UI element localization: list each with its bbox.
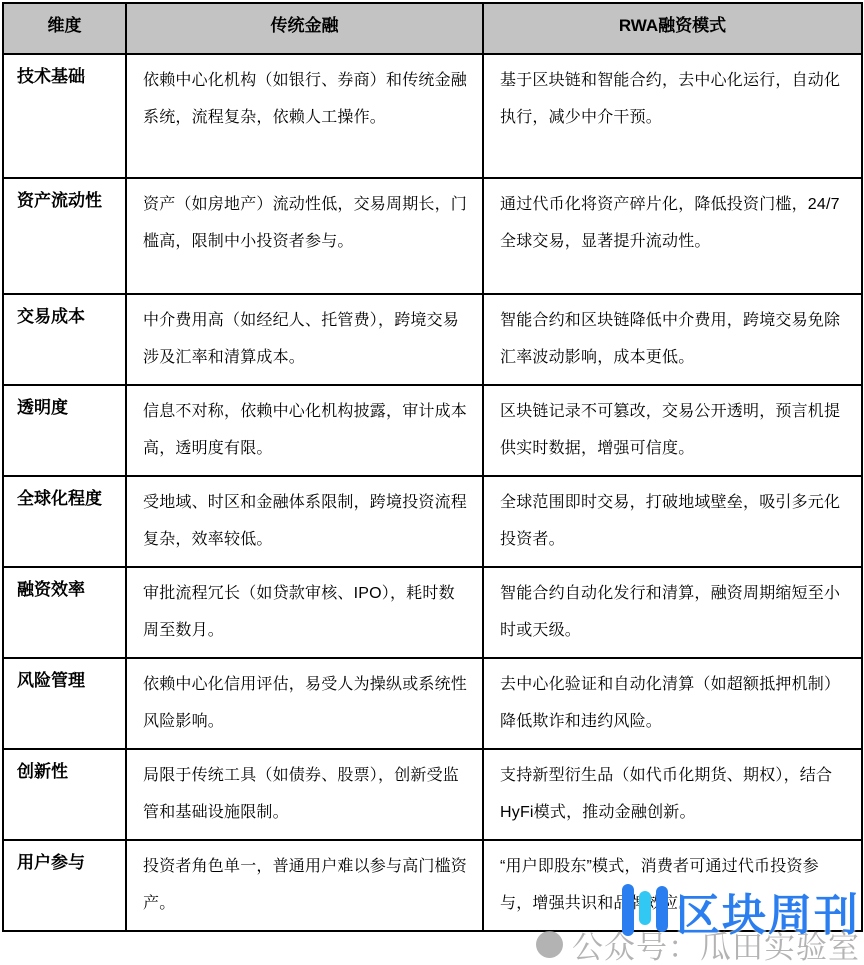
rwa-cell: 智能合约和区块链降低中介费用，跨境交易免除汇率波动影响，成本更低。 <box>483 294 862 385</box>
rwa-cell: 去中心化验证和自动化清算（如超额抵押机制）降低欺诈和违约风险。 <box>483 658 862 749</box>
col-header-rwa-mode: RWA融资模式 <box>483 3 862 54</box>
row-label: 资产流动性 <box>3 178 126 294</box>
row-label: 融资效率 <box>3 567 126 658</box>
traditional-cell: 局限于传统工具（如债券、股票），创新受监管和基础设施限制。 <box>126 749 483 840</box>
table-row: 创新性 局限于传统工具（如债券、股票），创新受监管和基础设施限制。 支持新型衍生… <box>3 749 862 840</box>
table-row: 透明度 信息不对称，依赖中心化机构披露，审计成本高，透明度有限。 区块链记录不可… <box>3 385 862 476</box>
rwa-cell: “用户即股东”模式，消费者可通过代币投资参与，增强共识和品牌效应。 <box>483 840 862 931</box>
table-row: 用户参与 投资者角色单一，普通用户难以参与高门槛资产。 “用户即股东”模式，消费… <box>3 840 862 931</box>
col-header-dimension: 维度 <box>3 3 126 54</box>
traditional-cell: 资产（如房地产）流动性低，交易周期长，门槛高，限制中小投资者参与。 <box>126 178 483 294</box>
rwa-comparison-table: 维度 传统金融 RWA融资模式 技术基础 依赖中心化机构（如银行、券商）和传统金… <box>2 2 863 932</box>
table-row: 资产流动性 资产（如房地产）流动性低，交易周期长，门槛高，限制中小投资者参与。 … <box>3 178 862 294</box>
table-row: 风险管理 依赖中心化信用评估，易受人为操纵或系统性风险影响。 去中心化验证和自动… <box>3 658 862 749</box>
row-label: 风险管理 <box>3 658 126 749</box>
col-header-traditional-finance: 传统金融 <box>126 3 483 54</box>
rwa-cell: 全球范围即时交易，打破地域壁垒，吸引多元化投资者。 <box>483 476 862 567</box>
table-row: 融资效率 审批流程冗长（如贷款审核、IPO），耗时数周至数月。 智能合约自动化发… <box>3 567 862 658</box>
row-label: 全球化程度 <box>3 476 126 567</box>
row-label: 创新性 <box>3 749 126 840</box>
rwa-cell: 区块链记录不可篡改，交易公开透明，预言机提供实时数据，增强可信度。 <box>483 385 862 476</box>
row-label: 透明度 <box>3 385 126 476</box>
traditional-cell: 依赖中心化机构（如银行、券商）和传统金融系统，流程复杂，依赖人工操作。 <box>126 54 483 178</box>
traditional-cell: 中介费用高（如经纪人、托管费），跨境交易涉及汇率和清算成本。 <box>126 294 483 385</box>
row-label: 技术基础 <box>3 54 126 178</box>
table-row: 技术基础 依赖中心化机构（如银行、券商）和传统金融系统，流程复杂，依赖人工操作。… <box>3 54 862 178</box>
row-label: 用户参与 <box>3 840 126 931</box>
traditional-cell: 审批流程冗长（如贷款审核、IPO），耗时数周至数月。 <box>126 567 483 658</box>
rwa-cell: 通过代币化将资产碎片化，降低投资门槛，24/7全球交易，显著提升流动性。 <box>483 178 862 294</box>
rwa-cell: 基于区块链和智能合约，去中心化运行，自动化执行，减少中介干预。 <box>483 54 862 178</box>
table-row: 交易成本 中介费用高（如经纪人、托管费），跨境交易涉及汇率和清算成本。 智能合约… <box>3 294 862 385</box>
traditional-cell: 受地域、时区和金融体系限制，跨境投资流程复杂，效率较低。 <box>126 476 483 567</box>
traditional-cell: 信息不对称，依赖中心化机构披露，审计成本高，透明度有限。 <box>126 385 483 476</box>
row-label: 交易成本 <box>3 294 126 385</box>
traditional-cell: 依赖中心化信用评估，易受人为操纵或系统性风险影响。 <box>126 658 483 749</box>
rwa-cell: 智能合约自动化发行和清算，融资周期缩短至小时或天级。 <box>483 567 862 658</box>
rwa-cell: 支持新型衍生品（如代币化期货、期权），结合HyFi模式，推动金融创新。 <box>483 749 862 840</box>
header-row: 维度 传统金融 RWA融资模式 <box>3 3 862 54</box>
wechat-account-icon <box>536 931 563 958</box>
traditional-cell: 投资者角色单一，普通用户难以参与高门槛资产。 <box>126 840 483 931</box>
table-row: 全球化程度 受地域、时区和金融体系限制，跨境投资流程复杂，效率较低。 全球范围即… <box>3 476 862 567</box>
